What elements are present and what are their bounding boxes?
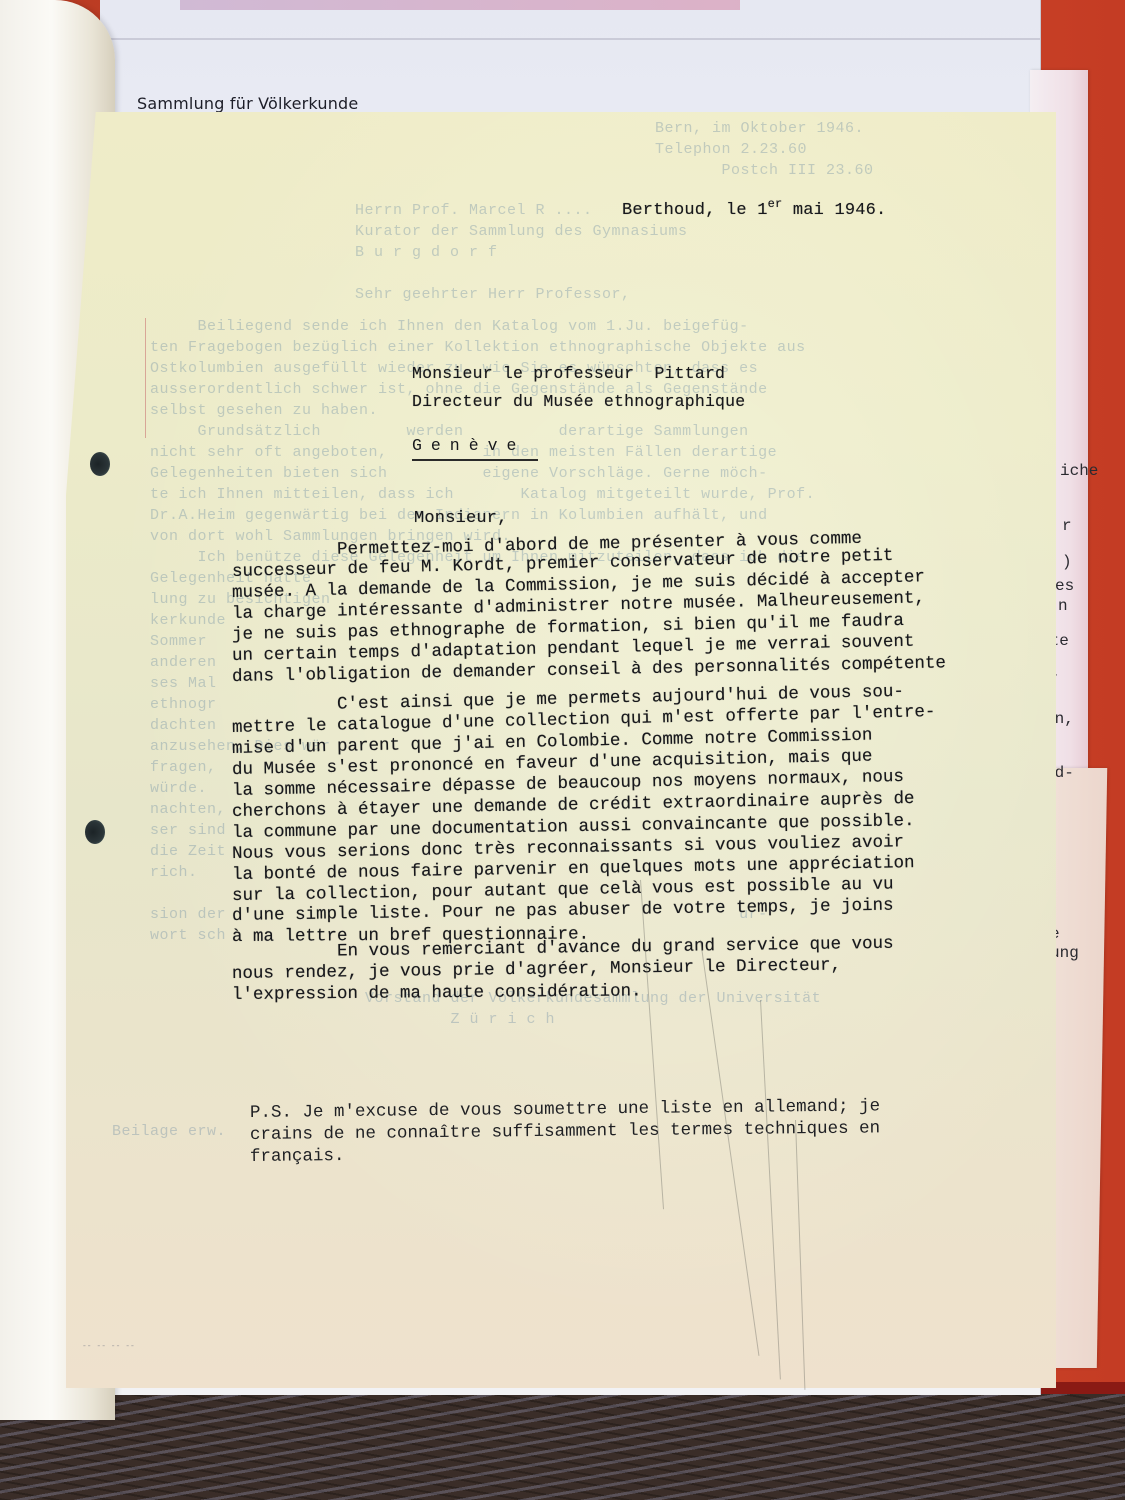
sheet-fold-line xyxy=(100,38,1040,40)
punch-hole-bottom xyxy=(85,820,105,844)
letterhead-title: Sammlung für Völkerkunde xyxy=(137,94,358,113)
recipient-city: Genève xyxy=(412,436,538,461)
salutation: Monsieur, xyxy=(414,509,508,528)
recipient-title: Directeur du Musée ethnographique xyxy=(412,392,745,411)
table-surface xyxy=(0,1390,1125,1500)
punch-hole-top xyxy=(90,452,110,476)
margin-line xyxy=(145,318,146,438)
postscript-line: français. xyxy=(250,1146,345,1167)
body-line: l'expression de ma haute considération. xyxy=(232,981,642,1005)
side-text-fragment: es xyxy=(1055,577,1074,595)
side-text-fragment: r xyxy=(1062,517,1072,535)
bleed-through-header: Bern, im Oktober 1946. Telephon 2.23.60 … xyxy=(655,118,874,181)
pink-sheet-edge xyxy=(180,0,740,10)
bleed-through-enclosure: Beilage erw. xyxy=(112,1121,226,1142)
recipient-name: Monsieur le professeur Pittard xyxy=(412,364,725,383)
side-text-fragment: n xyxy=(1058,597,1068,615)
side-text-fragment: ) xyxy=(1062,553,1072,571)
letter-date: Berthoud, le 1er mai 1946. xyxy=(622,197,886,220)
printer-mark: -- -- -- -- xyxy=(82,1342,135,1351)
side-text-fragment: iche xyxy=(1060,462,1098,480)
